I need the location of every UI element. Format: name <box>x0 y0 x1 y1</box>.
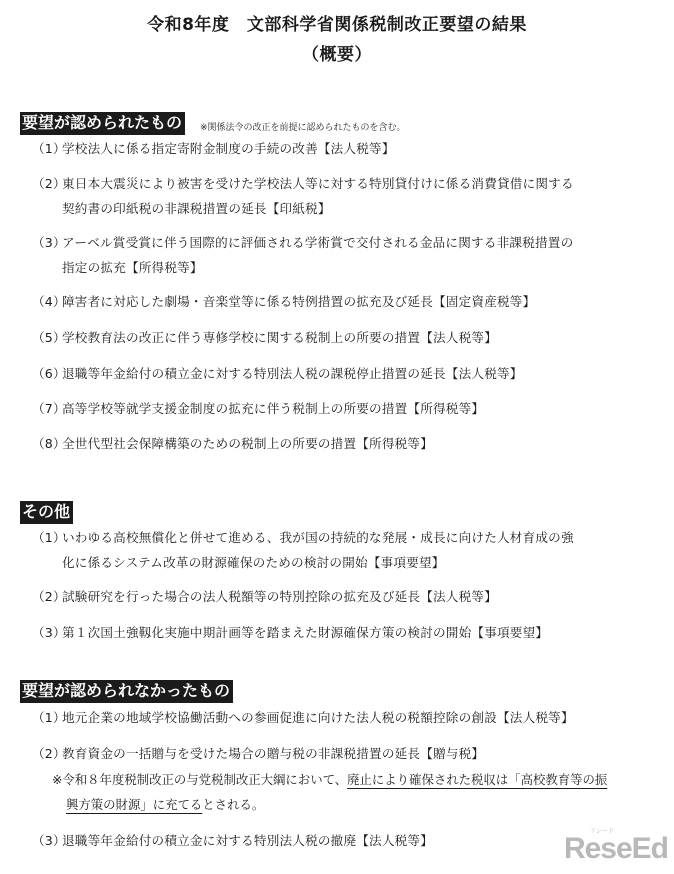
document-subtitle: （概要） <box>0 40 674 65</box>
list-item: （3）アーベル賞受賞に伴う国際的に評価される学術賞で交付される金品に関する非課税… <box>32 230 573 255</box>
item-footnote-continued: 興方策の財源」に充てるとされる。 <box>66 792 264 817</box>
footnote-text: ※令和８年度税制改正の与党税制改正大綱において、 <box>52 772 347 787</box>
item-text: 試験研究を行った場合の法人税額等の特別控除の拡充及び延長【法人税等】 <box>62 589 497 604</box>
item-number: （1） <box>32 525 62 550</box>
list-item: （2）試験研究を行った場合の法人税額等の特別控除の拡充及び延長【法人税等】 <box>32 584 497 609</box>
item-text: 教育資金の一括贈与を受けた場合の贈与税の非課税措置の延長【贈与税】 <box>62 746 484 761</box>
item-number: （3） <box>32 828 62 853</box>
list-item: （8）全世代型社会保障構築のための税制上の所要の措置【所得税等】 <box>32 431 433 456</box>
item-number: （8） <box>32 431 62 456</box>
item-text: 地元企業の地域学校協働活動への参画促進に向けた法人税の税額控除の創設【法人税等】 <box>62 710 574 725</box>
list-item: （5）学校教育法の改正に伴う専修学校に関する税制上の所要の措置【法人税等】 <box>32 325 497 350</box>
section-heading-approved: 要望が認められたもの <box>20 112 185 135</box>
item-text: 第１次国土強靱化実施中期計画等を踏まえた財源確保方策の検討の開始【事項要望】 <box>62 625 548 640</box>
footnote-underlined: 興方策の財源」に充てる <box>66 797 202 812</box>
watermark-text: ReseEd <box>564 832 668 865</box>
item-text-continued: 化に係るシステム改革の財源確保のための検討の開始【事項要望】 <box>62 550 445 575</box>
footnote-underlined: 廃止により確保された税収は「高校教育等の振 <box>347 772 607 787</box>
item-text: 学校教育法の改正に伴う専修学校に関する税制上の所要の措置【法人税等】 <box>62 330 497 345</box>
item-number: （4） <box>32 289 62 314</box>
item-footnote: ※令和８年度税制改正の与党税制改正大綱において、廃止により確保された税収は「高校… <box>52 767 607 792</box>
item-text: 退職等年金給付の積立金に対する特別法人税の撤廃【法人税等】 <box>62 833 433 848</box>
list-item: （1）学校法人に係る指定寄附金制度の手続の改善【法人税等】 <box>32 136 395 161</box>
watermark-logo: リシードReseEd <box>564 832 668 866</box>
item-number: （3） <box>32 620 62 645</box>
item-number: （2） <box>32 171 62 196</box>
list-item: （6）退職等年金給付の積立金に対する特別法人税の課税停止措置の延長【法人税等】 <box>32 361 523 386</box>
list-item: （1）地元企業の地域学校協働活動への参画促進に向けた法人税の税額控除の創設【法人… <box>32 705 574 730</box>
item-number: （2） <box>32 741 62 766</box>
item-text: アーベル賞受賞に伴う国際的に評価される学術賞で交付される金品に関する非課税措置の <box>62 235 573 250</box>
item-text: 東日本大震災により被害を受けた学校法人等に対する特別貸付けに係る消費貸借に関する <box>62 176 574 191</box>
list-item: （3）第１次国土強靱化実施中期計画等を踏まえた財源確保方策の検討の開始【事項要望… <box>32 620 548 645</box>
list-item: （1）いわゆる高校無償化と併せて進める、我が国の持続的な発展・成長に向けた人材育… <box>32 525 574 550</box>
item-text: 学校法人に係る指定寄附金制度の手続の改善【法人税等】 <box>62 141 395 156</box>
list-item: （7）高等学校等就学支援金制度の拡充に伴う税制上の所要の措置【所得税等】 <box>32 396 484 421</box>
item-number: （1） <box>32 136 62 161</box>
item-text-continued: 契約書の印紙税の非課税措置の延長【印紙税】 <box>62 196 331 221</box>
item-number: （5） <box>32 325 62 350</box>
item-number: （1） <box>32 705 62 730</box>
section-heading-rejected: 要望が認められなかったもの <box>20 680 233 703</box>
item-number: （6） <box>32 361 62 386</box>
item-text: 高等学校等就学支援金制度の拡充に伴う税制上の所要の措置【所得税等】 <box>62 401 484 416</box>
item-text-continued: 指定の拡充【所得税等】 <box>62 255 203 280</box>
watermark-ruby: リシード <box>590 826 614 835</box>
section-note-approved: ※関係法令の改正を前提に認められたものを含む。 <box>200 120 406 133</box>
item-text: いわゆる高校無償化と併せて進める、我が国の持続的な発展・成長に向けた人材育成の強 <box>62 530 574 545</box>
item-text: 障害者に対応した劇場・音楽堂等に係る特例措置の拡充及び延長【固定資産税等】 <box>62 294 535 309</box>
list-item: （4）障害者に対応した劇場・音楽堂等に係る特例措置の拡充及び延長【固定資産税等】 <box>32 289 535 314</box>
section-heading-other: その他 <box>20 501 73 524</box>
item-text: 退職等年金給付の積立金に対する特別法人税の課税停止措置の延長【法人税等】 <box>62 366 523 381</box>
list-item: （3）退職等年金給付の積立金に対する特別法人税の撤廃【法人税等】 <box>32 828 433 853</box>
document-title: 令和8年度 文部科学省関係税制改正要望の結果 <box>0 10 674 35</box>
item-number: （3） <box>32 230 62 255</box>
list-item: （2）教育資金の一括贈与を受けた場合の贈与税の非課税措置の延長【贈与税】 <box>32 741 484 766</box>
list-item: （2）東日本大震災により被害を受けた学校法人等に対する特別貸付けに係る消費貸借に… <box>32 171 574 196</box>
item-number: （7） <box>32 396 62 421</box>
item-number: （2） <box>32 584 62 609</box>
item-text: 全世代型社会保障構築のための税制上の所要の措置【所得税等】 <box>62 436 433 451</box>
footnote-text: とされる。 <box>202 797 264 812</box>
